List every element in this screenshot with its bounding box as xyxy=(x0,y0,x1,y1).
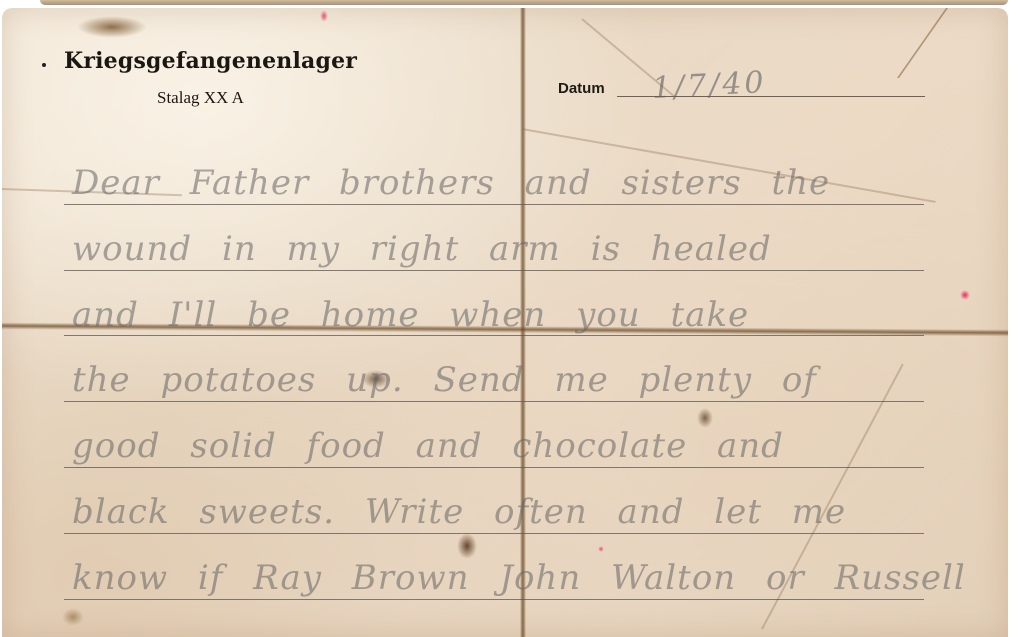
red-speck xyxy=(598,546,604,552)
stain xyxy=(697,408,713,428)
letter-line: the potatoes up. Send me plenty of xyxy=(72,360,942,400)
print-dot xyxy=(42,63,46,67)
date-handwritten: 1/7/40 xyxy=(651,65,767,106)
ruled-line xyxy=(64,533,924,534)
stain xyxy=(77,16,147,38)
red-speck xyxy=(320,10,328,22)
ruled-line xyxy=(64,467,924,468)
red-speck xyxy=(960,290,970,300)
ruled-line xyxy=(64,401,924,402)
letter-line: black sweets. Write often and let me xyxy=(72,492,942,532)
stain xyxy=(457,533,477,559)
camp-subtitle: Stalag XX A xyxy=(157,88,244,108)
underlying-card-edge xyxy=(40,0,1008,5)
ruled-line xyxy=(64,270,924,271)
camp-title: Kriegsgefangenenlager xyxy=(64,48,357,74)
ruled-line xyxy=(64,335,924,336)
letter-line: wound in my right arm is healed xyxy=(72,229,942,269)
letter-line: know if Ray Brown John Walton or Russell xyxy=(72,558,942,598)
postcard: Kriegsgefangenenlager Stalag XX A Datum … xyxy=(2,8,1008,637)
date-label: Datum xyxy=(558,80,605,97)
letter-line: and I'll be home when you take xyxy=(72,295,942,335)
torn-corner xyxy=(897,8,1008,78)
letter-line: good solid food and chocolate and xyxy=(72,426,942,466)
letter-line: Dear Father brothers and sisters the xyxy=(72,163,942,203)
stain xyxy=(62,608,84,626)
ruled-line xyxy=(64,204,924,205)
ruled-line xyxy=(64,599,924,600)
